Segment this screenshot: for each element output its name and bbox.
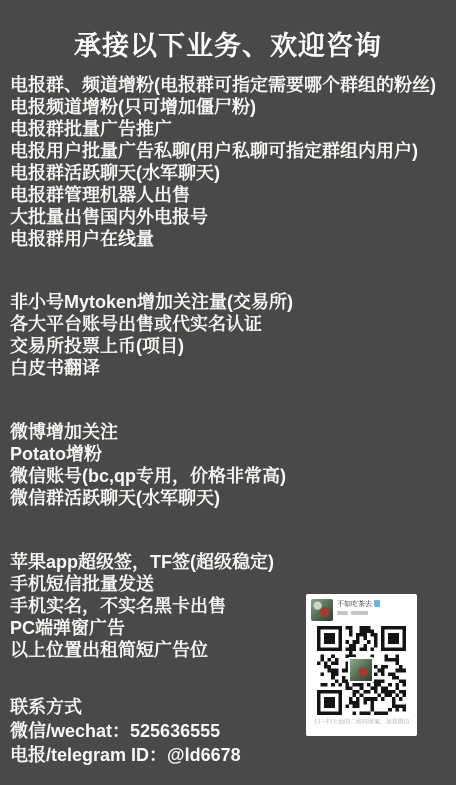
qr-center-avatar — [348, 657, 374, 683]
service-item: Potato增粉 — [10, 443, 452, 465]
service-item: 手机短信批量发送 — [10, 573, 452, 595]
service-item: 交易所投票上币(项目) — [10, 335, 452, 357]
service-item: 电报群、频道增粉(电报群可指定需要哪个群组的粉丝) — [10, 74, 452, 96]
service-item: 苹果app超级签，TF签(超级稳定) — [10, 551, 452, 573]
service-item: 微博增加关注 — [10, 421, 452, 443]
section-crypto-services: 非小号Mytoken增加关注量(交易所) 各大平台账号出售或代实名认证 交易所投… — [10, 291, 452, 379]
service-item: 电报频道增粉(只可增加僵尸粉) — [10, 96, 452, 118]
qr-card-name: 不如吃茶去 — [337, 599, 380, 609]
qr-card-name-text: 不如吃茶去 — [337, 601, 372, 608]
service-item: 微信账号(bc,qp专用，价格非常高) — [10, 465, 452, 487]
wechat-qr-card: 不如吃茶去 扫一扫上面的二维码图案，加我微信 — [306, 594, 417, 736]
service-item: 电报用户批量广告私聊(用户私聊可指定群组内用户) — [10, 140, 452, 162]
page-title: 承接以下业务、欢迎咨询 — [0, 24, 456, 63]
qr-card-subtitle-placeholder — [337, 611, 368, 615]
service-item: 非小号Mytoken增加关注量(交易所) — [10, 291, 452, 313]
service-item: 电报群管理机器人出售 — [10, 184, 452, 206]
ad-poster: 承接以下业务、欢迎咨询 电报群、频道增粉(电报群可指定需要哪个群组的粉丝) 电报… — [0, 0, 456, 785]
service-item: 白皮书翻译 — [10, 357, 452, 379]
contact-telegram: 电报/telegram ID：@ld6678 — [10, 743, 452, 767]
service-item: 各大平台账号出售或代实名认证 — [10, 313, 452, 335]
qr-card-caption: 扫一扫上面的二维码图案，加我微信 — [314, 718, 408, 727]
name-emoji-icon — [374, 600, 380, 607]
section-telegram-services: 电报群、频道增粉(电报群可指定需要哪个群组的粉丝) 电报频道增粉(只可增加僵尸粉… — [10, 74, 452, 250]
service-item: 大批量出售国内外电报号 — [10, 206, 452, 228]
section-social-services: 微博增加关注 Potato增粉 微信账号(bc,qp专用，价格非常高) 微信群活… — [10, 421, 452, 509]
service-item: 电报群批量广告推广 — [10, 118, 452, 140]
avatar — [311, 599, 333, 621]
service-item: 电报群活跃聊天(水军聊天) — [10, 162, 452, 184]
service-item: 电报群用户在线量 — [10, 228, 452, 250]
service-item: 微信群活跃聊天(水军聊天) — [10, 487, 452, 509]
